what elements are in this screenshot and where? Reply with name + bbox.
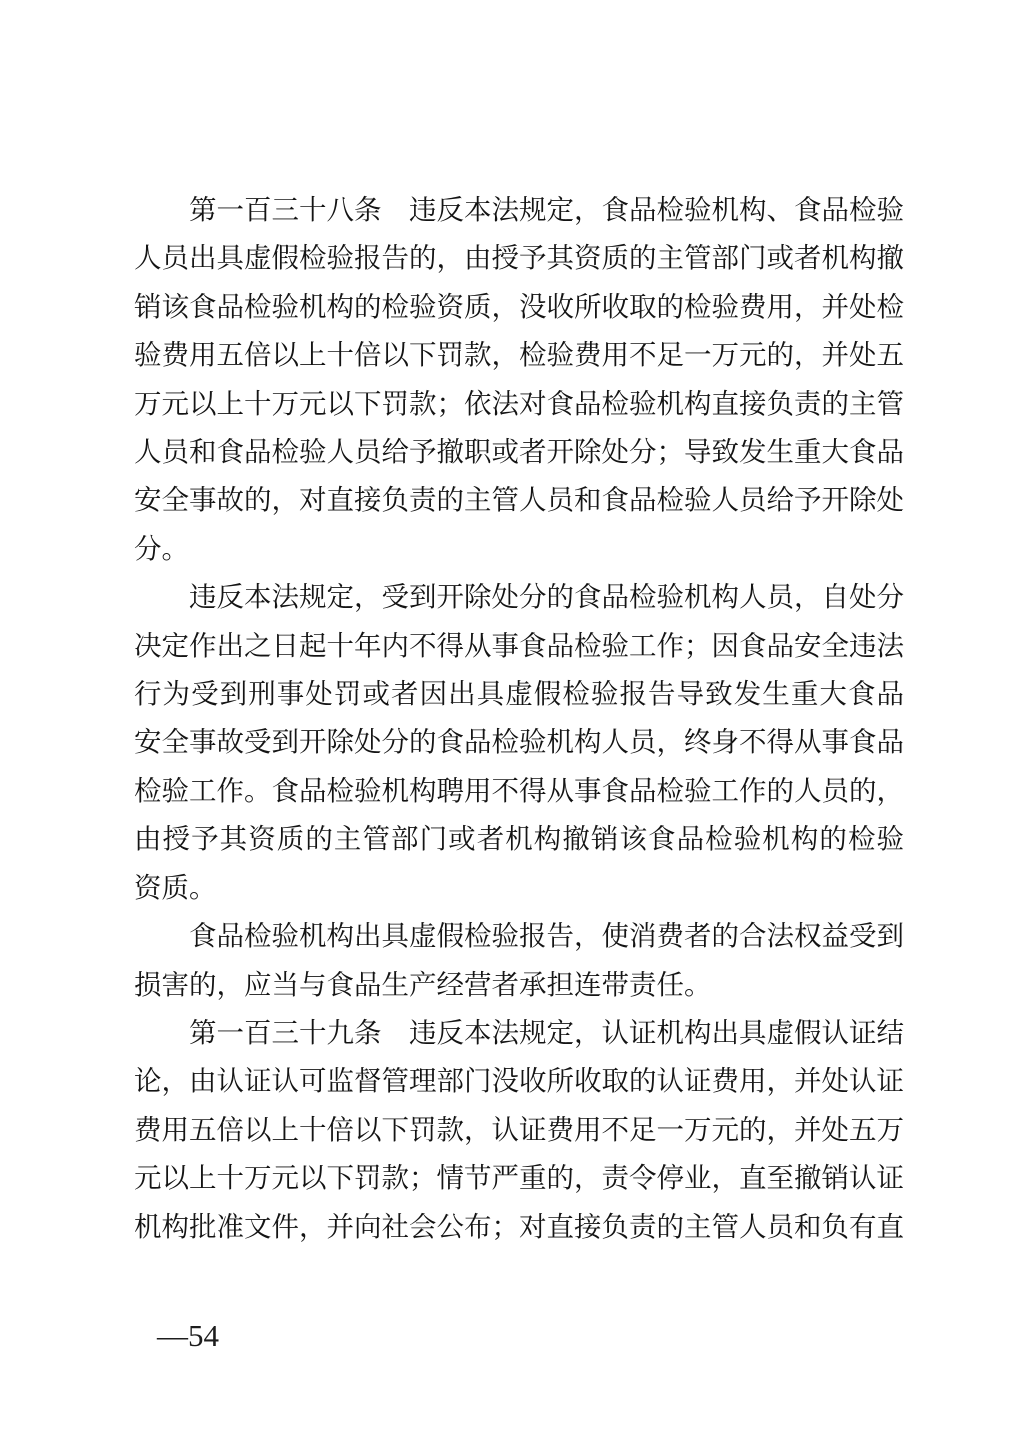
document-body: 第一百三十八条 违反本法规定，食品检验机构、食品检验人员出具虚假检验报告的，由授… bbox=[134, 186, 904, 1251]
text-line: 检验工作。食品检验机构聘用不得从事食品检验工作的人员的， bbox=[134, 767, 904, 815]
text-line: 第一百三十八条 违反本法规定，食品检验机构、食品检验 bbox=[134, 186, 904, 234]
article-138-clause-2: 违反本法规定，受到开除处分的食品检验机构人员，自处分决定作出之日起十年内不得从事… bbox=[134, 573, 904, 912]
text-line: 由授予其资质的主管部门或者机构撤销该食品检验机构的检验 bbox=[134, 815, 904, 863]
article-138-clause-1: 第一百三十八条 违反本法规定，食品检验机构、食品检验人员出具虚假检验报告的，由授… bbox=[134, 186, 904, 573]
text-line: 资质。 bbox=[134, 864, 904, 912]
text-line: 第一百三十九条 违反本法规定，认证机构出具虚假认证结 bbox=[134, 1009, 904, 1057]
text-line: 费用五倍以上十倍以下罚款，认证费用不足一万元的，并处五万 bbox=[134, 1106, 904, 1154]
text-line: 损害的，应当与食品生产经营者承担连带责任。 bbox=[134, 961, 904, 1009]
article-138-clause-3: 食品检验机构出具虚假检验报告，使消费者的合法权益受到损害的，应当与食品生产经营者… bbox=[134, 912, 904, 1009]
text-line: 决定作出之日起十年内不得从事食品检验工作；因食品安全违法 bbox=[134, 622, 904, 670]
text-line: 验费用五倍以上十倍以下罚款，检验费用不足一万元的，并处五 bbox=[134, 331, 904, 379]
text-line: 机构批准文件，并向社会公布；对直接负责的主管人员和负有直 bbox=[134, 1203, 904, 1251]
text-line: 食品检验机构出具虚假检验报告，使消费者的合法权益受到 bbox=[134, 912, 904, 960]
text-line: 人员和食品检验人员给予撤职或者开除处分；导致发生重大食品 bbox=[134, 428, 904, 476]
text-line: 安全事故受到开除处分的食品检验机构人员，终身不得从事食品 bbox=[134, 718, 904, 766]
text-line: 销该食品检验机构的检验资质，没收所收取的检验费用，并处检 bbox=[134, 283, 904, 331]
text-line: 论，由认证认可监督管理部门没收所收取的认证费用，并处认证 bbox=[134, 1057, 904, 1105]
text-line: 违反本法规定，受到开除处分的食品检验机构人员，自处分 bbox=[134, 573, 904, 621]
text-line: 行为受到刑事处罚或者因出具虚假检验报告导致发生重大食品 bbox=[134, 670, 904, 718]
article-139-clause-1: 第一百三十九条 违反本法规定，认证机构出具虚假认证结论，由认证认可监督管理部门没… bbox=[134, 1009, 904, 1251]
text-line: 安全事故的，对直接负责的主管人员和食品检验人员给予开除处 bbox=[134, 476, 904, 524]
page: 第一百三十八条 违反本法规定，食品检验机构、食品检验人员出具虚假检验报告的，由授… bbox=[0, 0, 1024, 1450]
page-footer: —54 bbox=[157, 1316, 219, 1356]
page-number: —54 bbox=[157, 1318, 219, 1353]
text-line: 分。 bbox=[134, 525, 904, 573]
text-line: 元以上十万元以下罚款；情节严重的，责令停业，直至撤销认证 bbox=[134, 1154, 904, 1202]
text-line: 万元以上十万元以下罚款；依法对食品检验机构直接负责的主管 bbox=[134, 380, 904, 428]
text-line: 人员出具虚假检验报告的，由授予其资质的主管部门或者机构撤 bbox=[134, 234, 904, 282]
